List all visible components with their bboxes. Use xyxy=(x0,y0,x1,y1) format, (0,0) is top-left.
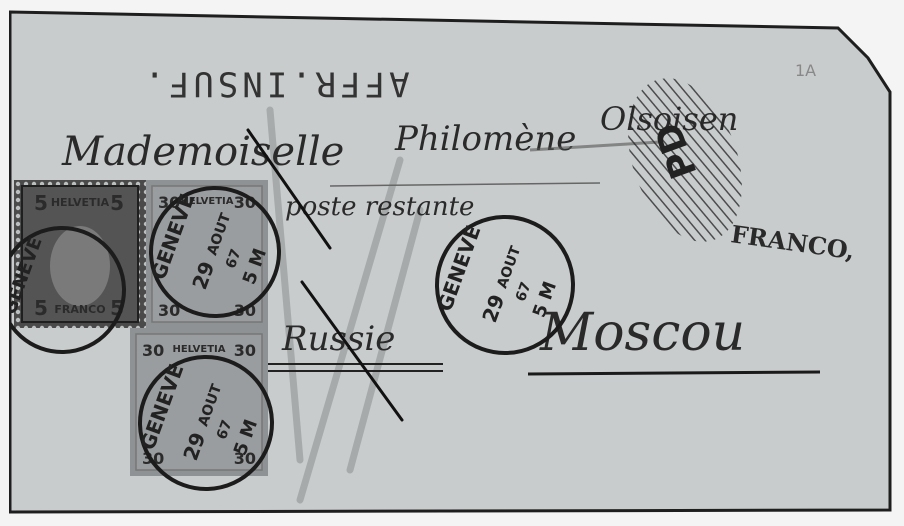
address-country: Russie xyxy=(281,319,395,359)
envelope-photo: 1A AFFR.INSUF. Mademoiselle Philomène Ol… xyxy=(0,0,904,526)
address-first-name: Philomène xyxy=(394,119,576,159)
svg-text:5: 5 xyxy=(34,191,48,215)
svg-text:30: 30 xyxy=(142,341,164,360)
svg-text:30: 30 xyxy=(234,341,256,360)
city-underline xyxy=(528,372,820,374)
address-poste-restante: poste restante xyxy=(285,192,474,222)
svg-text:5: 5 xyxy=(34,296,48,320)
page-margin xyxy=(0,0,9,526)
svg-text:5: 5 xyxy=(110,191,124,215)
svg-text:HELVETIA: HELVETIA xyxy=(51,196,110,209)
corner-note: 1A xyxy=(795,61,816,80)
address-salutation: Mademoiselle xyxy=(61,129,344,175)
insufficient-postage-handstamp: AFFR.INSUF. xyxy=(140,64,409,104)
svg-text:HELVETIA: HELVETIA xyxy=(172,344,225,355)
svg-text:FRANCO: FRANCO xyxy=(54,303,105,316)
svg-text:AFFR.INSUF.: AFFR.INSUF. xyxy=(140,64,409,104)
address-city: Moscou xyxy=(539,303,745,363)
